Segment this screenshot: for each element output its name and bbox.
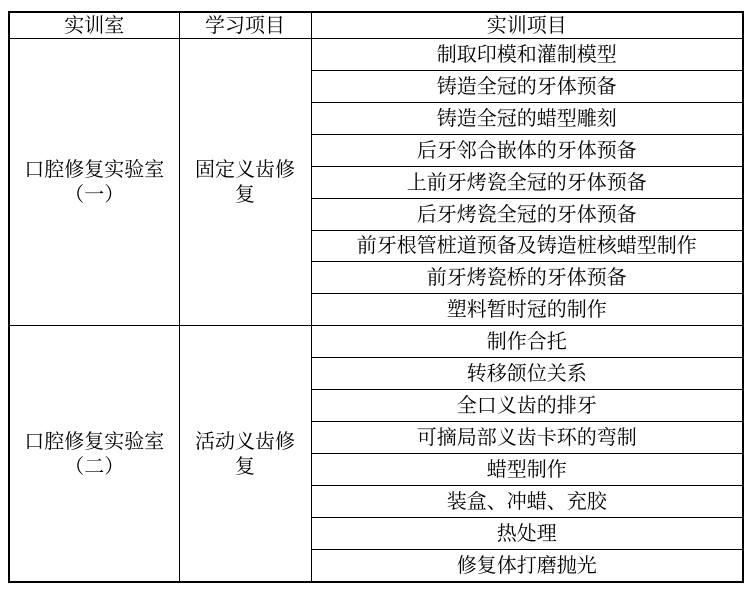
item-cell: 前牙根管桩道预备及铸造桩核蜡型制作 <box>311 230 743 262</box>
item-cell: 蜡型制作 <box>311 453 743 485</box>
project-label-group1: 固定义齿修复 <box>191 157 299 207</box>
room-label-group2: 口腔修复实验室（二） <box>19 429 169 479</box>
header-training-project: 实训项目 <box>311 12 743 39</box>
project-cell-group1: 固定义齿修复 <box>179 39 311 326</box>
item-cell: 后牙烤瓷全冠的牙体预备 <box>311 198 743 230</box>
item-cell: 修复体打磨抛光 <box>311 549 743 582</box>
project-cell-group2: 活动义齿修复 <box>179 326 311 582</box>
room-label-group1: 口腔修复实验室（一） <box>19 157 169 207</box>
item-cell: 上前牙烤瓷全冠的牙体预备 <box>311 166 743 198</box>
item-cell: 可摘局部义齿卡环的弯制 <box>311 422 743 454</box>
item-cell: 转移颌位关系 <box>311 358 743 390</box>
item-cell: 铸造全冠的牙体预备 <box>311 70 743 102</box>
table-row: 口腔修复实验室（二） 活动义齿修复 制作合托 <box>9 326 743 358</box>
project-label-group2: 活动义齿修复 <box>191 429 299 479</box>
item-cell: 装盒、冲蜡、充胶 <box>311 485 743 517</box>
item-cell: 前牙烤瓷桥的牙体预备 <box>311 262 743 294</box>
item-cell: 后牙邻合嵌体的牙体预备 <box>311 134 743 166</box>
room-cell-group2: 口腔修复实验室（二） <box>9 326 179 582</box>
item-cell: 制取印模和灌制模型 <box>311 39 743 71</box>
page: { "table": { "headers": ["实训室", "学习项目", … <box>0 0 751 594</box>
item-cell: 制作合托 <box>311 326 743 358</box>
item-cell: 塑料暂时冠的制作 <box>311 294 743 326</box>
item-cell: 全口义齿的排牙 <box>311 390 743 422</box>
table-row: 口腔修复实验室（一） 固定义齿修复 制取印模和灌制模型 <box>9 39 743 71</box>
item-cell: 热处理 <box>311 517 743 549</box>
header-room: 实训室 <box>9 12 179 39</box>
header-learning-project: 学习项目 <box>179 12 311 39</box>
header-row: 实训室 学习项目 实训项目 <box>9 12 743 39</box>
item-cell: 铸造全冠的蜡型雕刻 <box>311 102 743 134</box>
room-cell-group1: 口腔修复实验室（一） <box>9 39 179 326</box>
training-room-table: 实训室 学习项目 实训项目 口腔修复实验室（一） 固定义齿修复 制取印模和灌制模… <box>8 11 744 583</box>
